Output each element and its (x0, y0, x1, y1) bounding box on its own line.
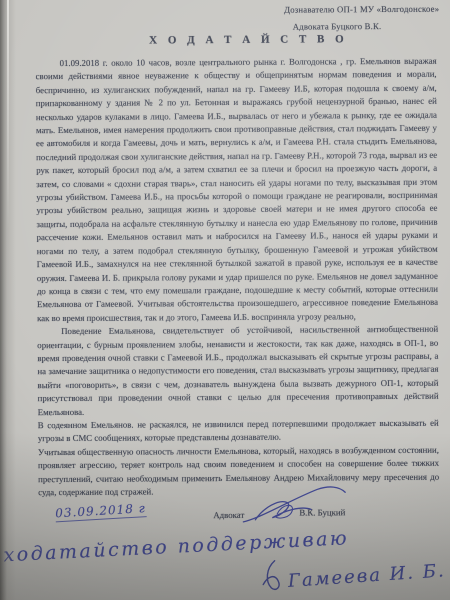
document-body: 01.09.2018 г. около 10 часов, возле цент… (36, 55, 440, 500)
document-title: Х О Д А Т А Й С Т В О (48, 33, 448, 47)
body-paragraph-3: В содеянном Емельянов. не раскаялся, не … (38, 417, 439, 446)
handwritten-date: 03.09.2018 г (55, 501, 146, 522)
advocate-name: В.К. Буцкий (299, 507, 345, 517)
endorsement-signature: Гамеева И. Б. (259, 547, 447, 593)
signature-flourish-icon (259, 558, 287, 594)
endorser-name: Гамеева И. Б. (287, 560, 446, 592)
advocate-signature-icon (239, 483, 349, 528)
header-addressee: Дознавателю ОП-1 МУ «Волгодонское» (284, 4, 439, 15)
document-photo: Дознавателю ОП-1 МУ «Волгодонское» Адвок… (0, 0, 450, 600)
header-author: Адвоката Буцкого В.К. (293, 21, 382, 32)
body-paragraph-2: Поведение Емальянова, свидетельствует об… (37, 323, 439, 419)
body-paragraph-1: 01.09.2018 г. около 10 часов, возле цент… (36, 55, 439, 326)
